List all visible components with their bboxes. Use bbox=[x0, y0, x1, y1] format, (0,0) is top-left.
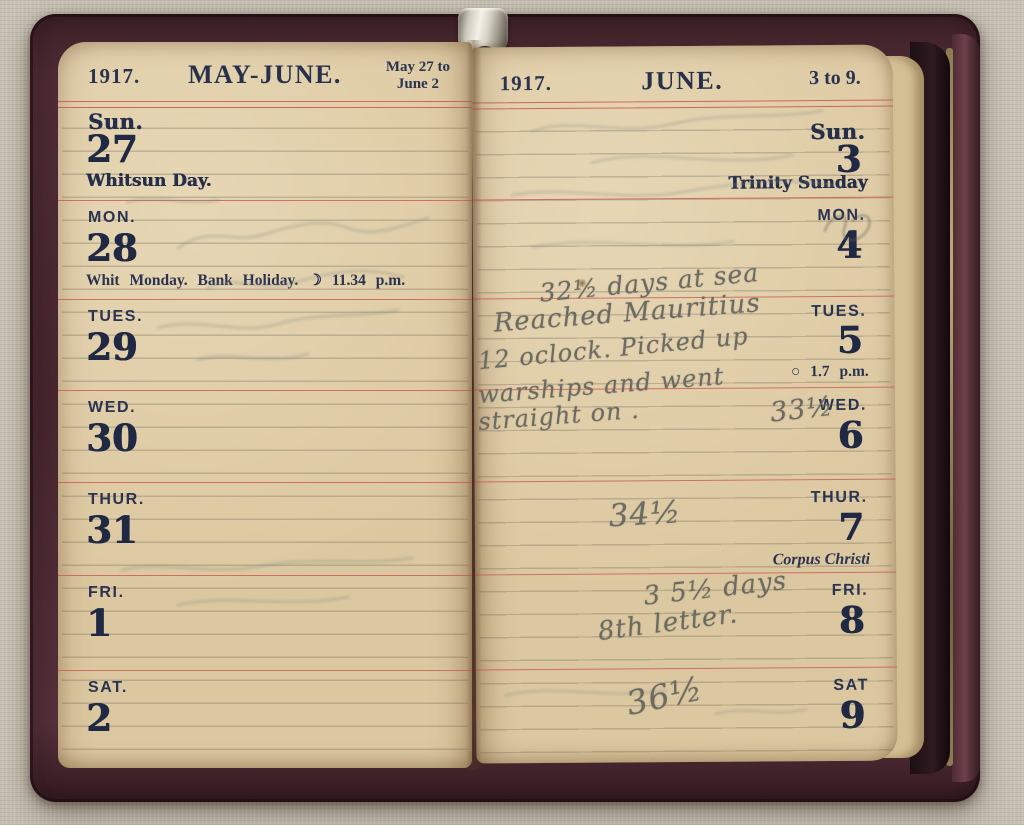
diary-row-mon-28: MON. 28 Whit Monday. Bank Holiday. ☽ 11.… bbox=[58, 200, 472, 300]
day-label: WED. bbox=[88, 399, 136, 417]
day-number: 29 bbox=[86, 329, 138, 366]
diary-row-sun-27: Sun. 27 Whitsun Day. bbox=[58, 104, 472, 201]
page-month-title: MAY-JUNE. bbox=[188, 60, 342, 90]
back-cover-edge bbox=[952, 34, 980, 782]
diary-row-tues-29: TUES. 29 bbox=[58, 299, 472, 391]
diary-row-wed-30: WED. 30 bbox=[58, 390, 472, 483]
page-year: 1917. bbox=[500, 71, 552, 96]
diary-row-sun-3: Sun. 3 Trinity Sunday bbox=[472, 105, 894, 201]
day-label: TUES. bbox=[88, 308, 143, 326]
day-number: 9 bbox=[839, 697, 865, 734]
diary-row-thur-31: THUR. 31 bbox=[58, 482, 472, 576]
day-note: Corpus Christi bbox=[773, 551, 871, 570]
day-number: 28 bbox=[86, 230, 138, 267]
diary-row-thur-7: THUR. 7 Corpus Christi bbox=[475, 479, 897, 576]
page-month-title: JUNE. bbox=[641, 66, 723, 97]
day-number: 1 bbox=[86, 605, 112, 642]
week-range-line1: May 27 to bbox=[386, 59, 450, 76]
photo-scene: 1917. MAY-JUNE. May 27 to June 2 Sun. 27… bbox=[0, 0, 1024, 825]
right-page: 1917. JUNE. 3 to 9. Sun. 3 Trinity Sunda… bbox=[472, 45, 898, 764]
day-number: 6 bbox=[837, 417, 863, 454]
day-note: Trinity Sunday bbox=[728, 173, 867, 194]
day-number: 4 bbox=[836, 227, 862, 264]
day-note: Whitsun Day. bbox=[86, 171, 212, 191]
week-range-line2: June 2 bbox=[386, 76, 450, 93]
left-page: 1917. MAY-JUNE. May 27 to June 2 Sun. 27… bbox=[58, 42, 472, 768]
day-number: 2 bbox=[86, 700, 112, 737]
day-label: MON. bbox=[88, 209, 136, 227]
day-number: 27 bbox=[86, 131, 138, 168]
paper-stain bbox=[577, 279, 587, 288]
day-label: THUR. bbox=[88, 491, 145, 509]
day-number: 30 bbox=[86, 420, 138, 457]
handwriting-day-count-34: 34½ bbox=[608, 494, 683, 534]
moon-phase-note: ○ 1.7 p.m. bbox=[791, 363, 869, 382]
day-number: 8 bbox=[839, 602, 865, 639]
day-label: FRI. bbox=[88, 584, 125, 602]
day-number: 7 bbox=[838, 509, 864, 546]
day-label: SAT. bbox=[88, 679, 128, 697]
day-note: Whit Monday. Bank Holiday. ☽ 11.34 p.m. bbox=[86, 271, 405, 290]
page-year: 1917. bbox=[88, 64, 140, 89]
diary-row-fri-1: FRI. 1 bbox=[58, 575, 472, 671]
week-range: May 27 to June 2 bbox=[386, 59, 450, 92]
day-number: 5 bbox=[837, 322, 863, 359]
diary-book: 1917. MAY-JUNE. May 27 to June 2 Sun. 27… bbox=[30, 14, 980, 802]
diary-row-sat-2: SAT. 2 bbox=[58, 670, 472, 758]
day-number: 31 bbox=[86, 512, 138, 549]
week-range: 3 to 9. bbox=[809, 67, 861, 90]
